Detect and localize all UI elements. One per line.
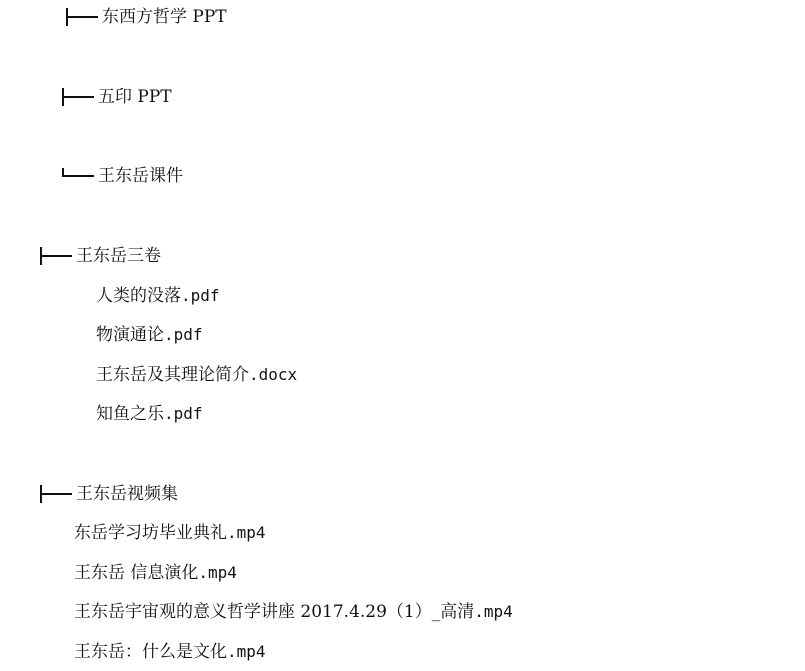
file-ext: .mp4 <box>227 522 266 544</box>
file-ext: .docx <box>249 364 297 386</box>
file-name: 王东岳及其理论简介 <box>96 364 249 386</box>
tree-elbow-connector-icon <box>62 165 96 187</box>
file-item[interactable]: 王东岳 信息演化.mp4 <box>74 562 237 584</box>
tree-folder-video-collection[interactable]: 王东岳视频集 <box>40 483 178 505</box>
file-item[interactable]: 王东岳及其理论简介.docx <box>96 364 297 386</box>
file-ext: .mp4 <box>227 641 266 663</box>
file-ext: .pdf <box>181 285 220 307</box>
file-name: 知鱼之乐 <box>96 403 164 425</box>
folder-label: 王东岳三卷 <box>76 245 161 267</box>
tree-tee-connector-icon <box>40 245 74 267</box>
file-name: 人类的没落 <box>96 285 181 307</box>
tree-item-wuyin-ppt[interactable]: 五印 PPT <box>62 86 172 108</box>
file-item[interactable]: 知鱼之乐.pdf <box>96 403 203 425</box>
tree-tee-connector-icon <box>40 483 74 505</box>
tree-tee-connector-icon <box>66 6 100 28</box>
file-name: 物演通论 <box>96 324 164 346</box>
tree-item-label: 五印 PPT <box>98 86 172 108</box>
file-name: 王东岳 信息演化 <box>74 562 198 584</box>
file-item[interactable]: 物演通论.pdf <box>96 324 203 346</box>
file-item[interactable]: 人类的没落.pdf <box>96 285 220 307</box>
file-name: 王东岳宇宙观的意义哲学讲座 2017.4.29（1）_高清 <box>74 601 474 623</box>
tree-tee-connector-icon <box>62 86 96 108</box>
file-name: 王东岳：什么是文化 <box>74 641 227 663</box>
folder-label: 王东岳视频集 <box>76 483 178 505</box>
file-item[interactable]: 东岳学习坊毕业典礼.mp4 <box>74 522 266 544</box>
tree-item-courseware[interactable]: 王东岳课件 <box>62 165 183 187</box>
file-item[interactable]: 王东岳：什么是文化.mp4 <box>74 641 266 663</box>
file-name: 东岳学习坊毕业典礼 <box>74 522 227 544</box>
tree-item-label: 王东岳课件 <box>98 165 183 187</box>
file-ext: .pdf <box>164 324 203 346</box>
tree-folder-three-volumes[interactable]: 王东岳三卷 <box>40 245 161 267</box>
file-ext: .pdf <box>164 403 203 425</box>
file-ext: .mp4 <box>198 562 237 584</box>
file-ext: .mp4 <box>474 601 513 623</box>
file-item[interactable]: 王东岳宇宙观的意义哲学讲座 2017.4.29（1）_高清.mp4 <box>74 601 513 623</box>
tree-item-label: 东西方哲学 PPT <box>102 6 227 28</box>
tree-item-east-west-philosophy-ppt[interactable]: 东西方哲学 PPT <box>66 6 227 28</box>
